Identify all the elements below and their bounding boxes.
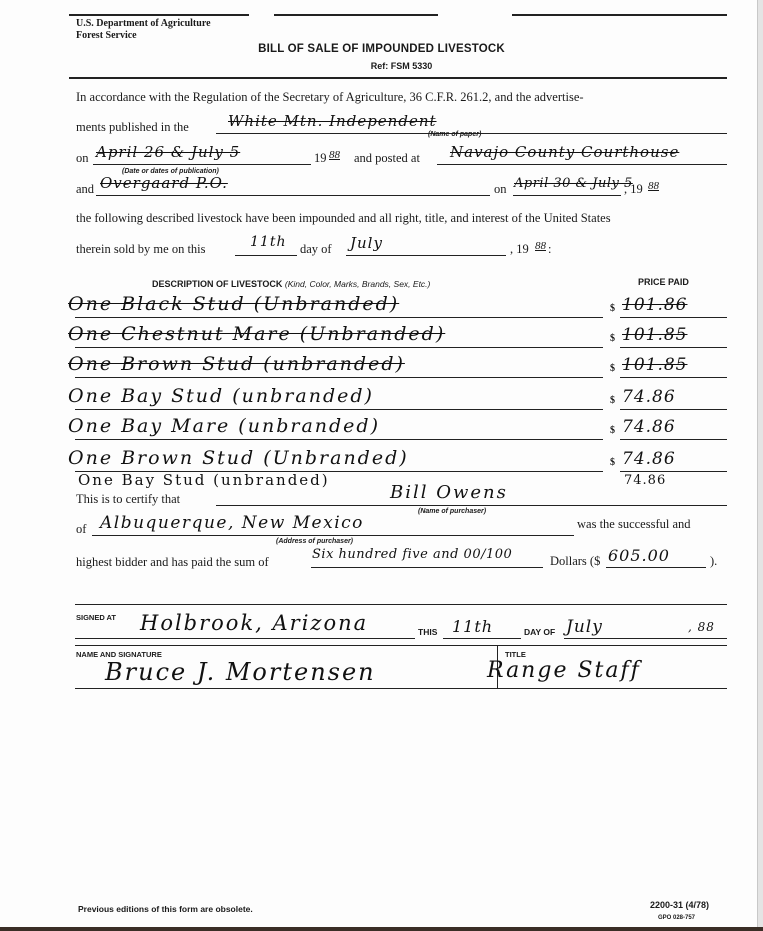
livestock-price[interactable]: 74.86 xyxy=(622,387,676,407)
description-line xyxy=(75,347,603,348)
agency-line-2: Forest Service xyxy=(76,30,211,42)
purchaser-address-field[interactable]: Albuquerque, New Mexico xyxy=(100,513,364,533)
signed-at-label: SIGNED AT xyxy=(76,613,116,622)
successful-suffix: was the successful and xyxy=(577,517,691,532)
paid-prefix: highest bidder and has paid the sum of xyxy=(76,555,269,570)
year-prefix-3: 19 xyxy=(516,242,529,256)
posted-at-line xyxy=(437,164,727,165)
posted-year-prefix: , 19 xyxy=(624,182,643,197)
year-prefix: 19 xyxy=(314,151,327,166)
livestock-description[interactable]: One Bay Stud (unbranded) xyxy=(78,471,330,489)
amount-words-line xyxy=(311,567,543,568)
description-line xyxy=(75,409,603,410)
gpo-number: GPO 028-757 xyxy=(658,915,695,921)
amount-suffix: ). xyxy=(710,554,717,569)
signature-mid-rule xyxy=(75,645,727,646)
currency-symbol: $ xyxy=(610,457,615,468)
amount-words-field[interactable]: Six hundred five and 00/100 xyxy=(312,547,512,562)
form-title: BILL OF SALE OF IMPOUNDED LIVESTOCK xyxy=(0,43,763,55)
signature-field[interactable]: Bruce J. Mortensen xyxy=(105,658,376,686)
posted-at-2-line xyxy=(96,195,490,196)
signed-month-line xyxy=(564,638,727,639)
signed-at-field[interactable]: Holbrook, Arizona xyxy=(140,611,368,635)
agency-line-1: U.S. Department of Agriculture xyxy=(76,18,211,30)
signed-at-line xyxy=(75,638,415,639)
sold-year-field[interactable]: 88 xyxy=(535,240,546,252)
newspaper-field[interactable]: White Mtn. Independent xyxy=(228,112,437,130)
this-label: THIS xyxy=(418,627,437,637)
currency-symbol: $ xyxy=(610,303,615,314)
sold-month-field[interactable]: July xyxy=(350,234,383,252)
day-of-label: DAY OF xyxy=(524,627,555,637)
description-header: DESCRIPTION OF LIVESTOCK (Kind, Color, M… xyxy=(152,279,430,289)
posted-dates-line xyxy=(513,195,621,196)
obsolete-notice: Previous editions of this form are obsol… xyxy=(78,904,253,914)
newspaper-caption: (Name of paper) xyxy=(428,131,481,138)
price-header: PRICE PAID xyxy=(638,277,689,287)
form-number: 2200-31 (4/78) xyxy=(650,900,709,910)
amount-figures-field[interactable]: 605.00 xyxy=(608,546,670,565)
description-line xyxy=(75,439,603,440)
price-line xyxy=(620,347,727,348)
sold-prefix: therein sold by me on this xyxy=(76,242,206,257)
livestock-price[interactable]: 74.86 xyxy=(622,417,676,437)
signed-day-line xyxy=(443,638,521,639)
posted-year-field[interactable]: 88 xyxy=(648,180,659,192)
sold-year-colon: : xyxy=(548,242,551,257)
livestock-description[interactable]: One Bay Stud (unbranded) xyxy=(68,385,374,407)
livestock-price[interactable]: 101.85 xyxy=(622,325,687,345)
purchaser-name-field[interactable]: Bill Owens xyxy=(390,482,508,503)
dollars-label: Dollars ($ xyxy=(550,554,600,569)
signature-block-top-rule xyxy=(75,604,727,605)
livestock-description[interactable]: One Brown Stud (Unbranded) xyxy=(68,447,409,469)
top-rule-right xyxy=(512,14,727,16)
currency-symbol: $ xyxy=(610,333,615,344)
purchaser-name-caption: (Name of purchaser) xyxy=(418,508,486,515)
description-line xyxy=(75,377,603,378)
price-line xyxy=(620,409,727,410)
publication-dates-line xyxy=(93,164,311,165)
signed-month-field[interactable]: July xyxy=(566,617,603,637)
price-line xyxy=(620,439,727,440)
price-line xyxy=(620,377,727,378)
of-label: of xyxy=(76,522,86,537)
intro-line-1: In accordance with the Regulation of the… xyxy=(76,90,584,105)
livestock-price[interactable]: 101.85 xyxy=(622,355,687,375)
livestock-price[interactable]: 101.86 xyxy=(622,295,687,315)
amount-figures-line xyxy=(606,567,706,568)
livestock-description[interactable]: One Black Stud (Unbranded) xyxy=(68,293,399,315)
description-header-text: DESCRIPTION OF LIVESTOCK xyxy=(152,279,282,289)
on-label-2: on xyxy=(494,182,507,197)
description-line xyxy=(75,317,603,318)
agency-name: U.S. Department of Agriculture Forest Se… xyxy=(76,18,211,42)
title-field[interactable]: Range Staff xyxy=(487,658,641,683)
intro-line-5: the following described livestock have b… xyxy=(76,211,611,226)
posted-at-field[interactable]: Navajo County Courthouse xyxy=(450,143,679,161)
posted-at-label: and posted at xyxy=(354,151,420,166)
sold-day-field[interactable]: 11th xyxy=(250,234,286,250)
sold-day-line xyxy=(235,255,297,256)
posted-dates-field[interactable]: April 30 & July 5 xyxy=(514,176,633,191)
day-of-label: day of xyxy=(300,242,332,257)
purchaser-name-line xyxy=(216,505,727,506)
livestock-description[interactable]: One Brown Stud (unbranded) xyxy=(68,353,405,375)
publication-year-field[interactable]: 88 xyxy=(329,149,340,161)
currency-symbol: $ xyxy=(610,363,615,374)
published-in-label: ments published in the xyxy=(76,120,189,135)
year-prefix-2: 19 xyxy=(630,182,643,196)
livestock-description[interactable]: One Chestnut Mare (Unbranded) xyxy=(68,323,445,345)
signed-year-field[interactable]: , 88 xyxy=(688,620,715,634)
page-edge xyxy=(757,0,763,927)
livestock-price[interactable]: 74.86 xyxy=(624,473,666,488)
and-label: and xyxy=(76,182,94,197)
currency-symbol: $ xyxy=(610,425,615,436)
top-rule-left xyxy=(69,14,249,16)
currency-symbol: $ xyxy=(610,395,615,406)
price-line xyxy=(620,317,727,318)
sold-year-prefix: , 19 xyxy=(510,242,529,257)
livestock-description[interactable]: One Bay Mare (unbranded) xyxy=(68,415,380,437)
sold-month-line xyxy=(346,255,506,256)
bottom-strip xyxy=(0,927,763,931)
signed-day-field[interactable]: 11th xyxy=(452,617,493,636)
price-line xyxy=(620,471,727,472)
livestock-price[interactable]: 74.86 xyxy=(622,449,676,469)
purchaser-address-line xyxy=(92,535,574,536)
top-rule-middle xyxy=(274,14,438,16)
purchaser-address-caption: (Address of purchaser) xyxy=(276,538,353,545)
header-rule xyxy=(69,77,727,79)
posted-at-2-field[interactable]: Overgaard P.O. xyxy=(100,174,228,192)
signature-block-bottom-rule xyxy=(75,688,727,689)
form-reference: Ref: FSM 5330 xyxy=(0,61,763,71)
on-label: on xyxy=(76,151,89,166)
publication-dates-field[interactable]: April 26 & July 5 xyxy=(96,143,240,161)
certify-prefix: This is to certify that xyxy=(76,492,180,507)
description-header-hint: (Kind, Color, Marks, Brands, Sex, Etc.) xyxy=(285,279,431,289)
